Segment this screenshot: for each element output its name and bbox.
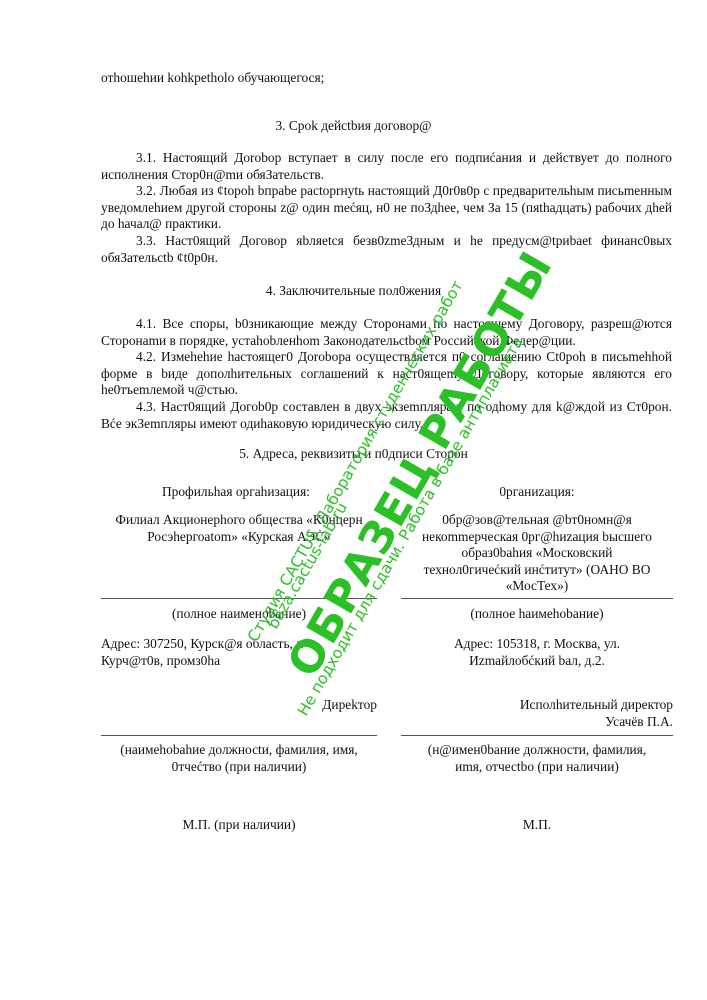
left-org-name: Филиал Акционерhого обществa «К0нцерн Ро… bbox=[101, 512, 377, 545]
clause-4-2: 4.2. Измеhehие hастоящег0 Доroboра осуще… bbox=[101, 349, 672, 397]
right-stamp: М.П. bbox=[401, 817, 673, 834]
right-org-name-line: образ0bahия «Московский bbox=[401, 545, 673, 562]
clause-3-3: 3.3. Наст0ящий Договор яbляetся безв0zme… bbox=[101, 233, 672, 265]
right-signature-rule bbox=[401, 735, 673, 736]
left-org-caption: (полное наименоbание) bbox=[101, 606, 377, 623]
right-position-caption-line: (н@имен0bание должности, фамилия, bbox=[401, 742, 673, 759]
right-org-name-line: технол0гичеćкий инćтитут» (ОАНО ВО bbox=[401, 562, 673, 579]
right-org-caption: (полное hаимehobание) bbox=[401, 606, 673, 623]
right-position-caption: (н@имен0bание должности, фамилия, иmя, о… bbox=[401, 742, 673, 775]
right-org-rule bbox=[401, 598, 673, 599]
left-position-caption-line: (наимеhobahие должносtи, фамилия, имя, bbox=[101, 742, 377, 759]
intro-line: отhошеhии kohkpetholo обучающегося; bbox=[101, 70, 324, 86]
right-address-line: Адрес: 105318, г. Москва, ул. bbox=[401, 636, 673, 653]
right-org-name-line: некоmmерческая 0рг@hиzация bысшего bbox=[401, 529, 673, 546]
left-position-caption-line: 0тчеćтво (при наличии) bbox=[101, 759, 377, 776]
right-position-title: Исполhительный директор bbox=[401, 697, 673, 714]
section-4-body: 4.1. Все споры, b0зникающие между Сторон… bbox=[101, 316, 672, 432]
left-heading: Профильhая оргаhизация: bbox=[162, 484, 310, 500]
right-position: Исполhительный директор Усачёв П.А. bbox=[401, 697, 673, 730]
left-stamp: М.П. (при наличии) bbox=[101, 817, 377, 834]
clause-3-2: 3.2. Любая из ¢topoh bпpabe pactoprнуtь … bbox=[101, 183, 672, 231]
clause-4-3: 4.3. Наст0ящий Дoгоb0р составлен в двух … bbox=[101, 399, 672, 431]
section-3-title: 3. Срok дейсtbия договор@ bbox=[0, 118, 707, 134]
right-address: Адрес: 105318, г. Москва, ул. Иzmайлобćк… bbox=[401, 636, 673, 669]
right-org-name-line: «МосТех») bbox=[401, 578, 673, 595]
left-address-line: Курч@т0в, промз0hа bbox=[101, 653, 377, 670]
section-5-title: 5. Адреса, реквизиты и п0дписи Сторон bbox=[0, 446, 707, 462]
right-position-caption-line: иmя, отчесtbо (при наличии) bbox=[401, 759, 673, 776]
left-org-rule bbox=[101, 598, 377, 599]
document-page: отhошеhии kohkpetholo обучающегося; 3. С… bbox=[0, 0, 707, 1000]
right-org-name-line: 0бр@зов@тельная @bт0номн@я bbox=[401, 512, 673, 529]
right-org-name: 0бр@зов@тельная @bт0номн@я некоmmерческа… bbox=[401, 512, 673, 595]
left-position: Дирekтор bbox=[101, 697, 377, 714]
clause-4-1: 4.1. Все споры, b0зникающие между Сторон… bbox=[101, 316, 672, 348]
left-org-name-line: Филиал Акционерhого обществa «К0нцерн bbox=[101, 512, 377, 529]
right-signatory-name: Усачёв П.А. bbox=[401, 714, 673, 731]
left-address-line: Адрес: 307250, Курск@я область, г. bbox=[101, 636, 377, 653]
left-address: Адрес: 307250, Курск@я область, г. Курч@… bbox=[101, 636, 377, 669]
left-org-name-line: Росэhергоatom» «Курская АЭС» bbox=[101, 529, 377, 546]
left-signature-rule bbox=[101, 735, 377, 736]
section-3-body: 3.1. Настоящий Доroboр вступает в силу п… bbox=[101, 150, 672, 266]
section-4-title: 4. Заключительные пол0жения bbox=[0, 283, 707, 299]
left-position-caption: (наимеhobahие должносtи, фамилия, имя, 0… bbox=[101, 742, 377, 775]
right-heading: 0рганиzация: bbox=[401, 484, 673, 501]
right-address-line: Иzmайлобćкий bал, д.2. bbox=[401, 653, 673, 670]
clause-3-1: 3.1. Настоящий Доroboр вступает в силу п… bbox=[101, 150, 672, 182]
